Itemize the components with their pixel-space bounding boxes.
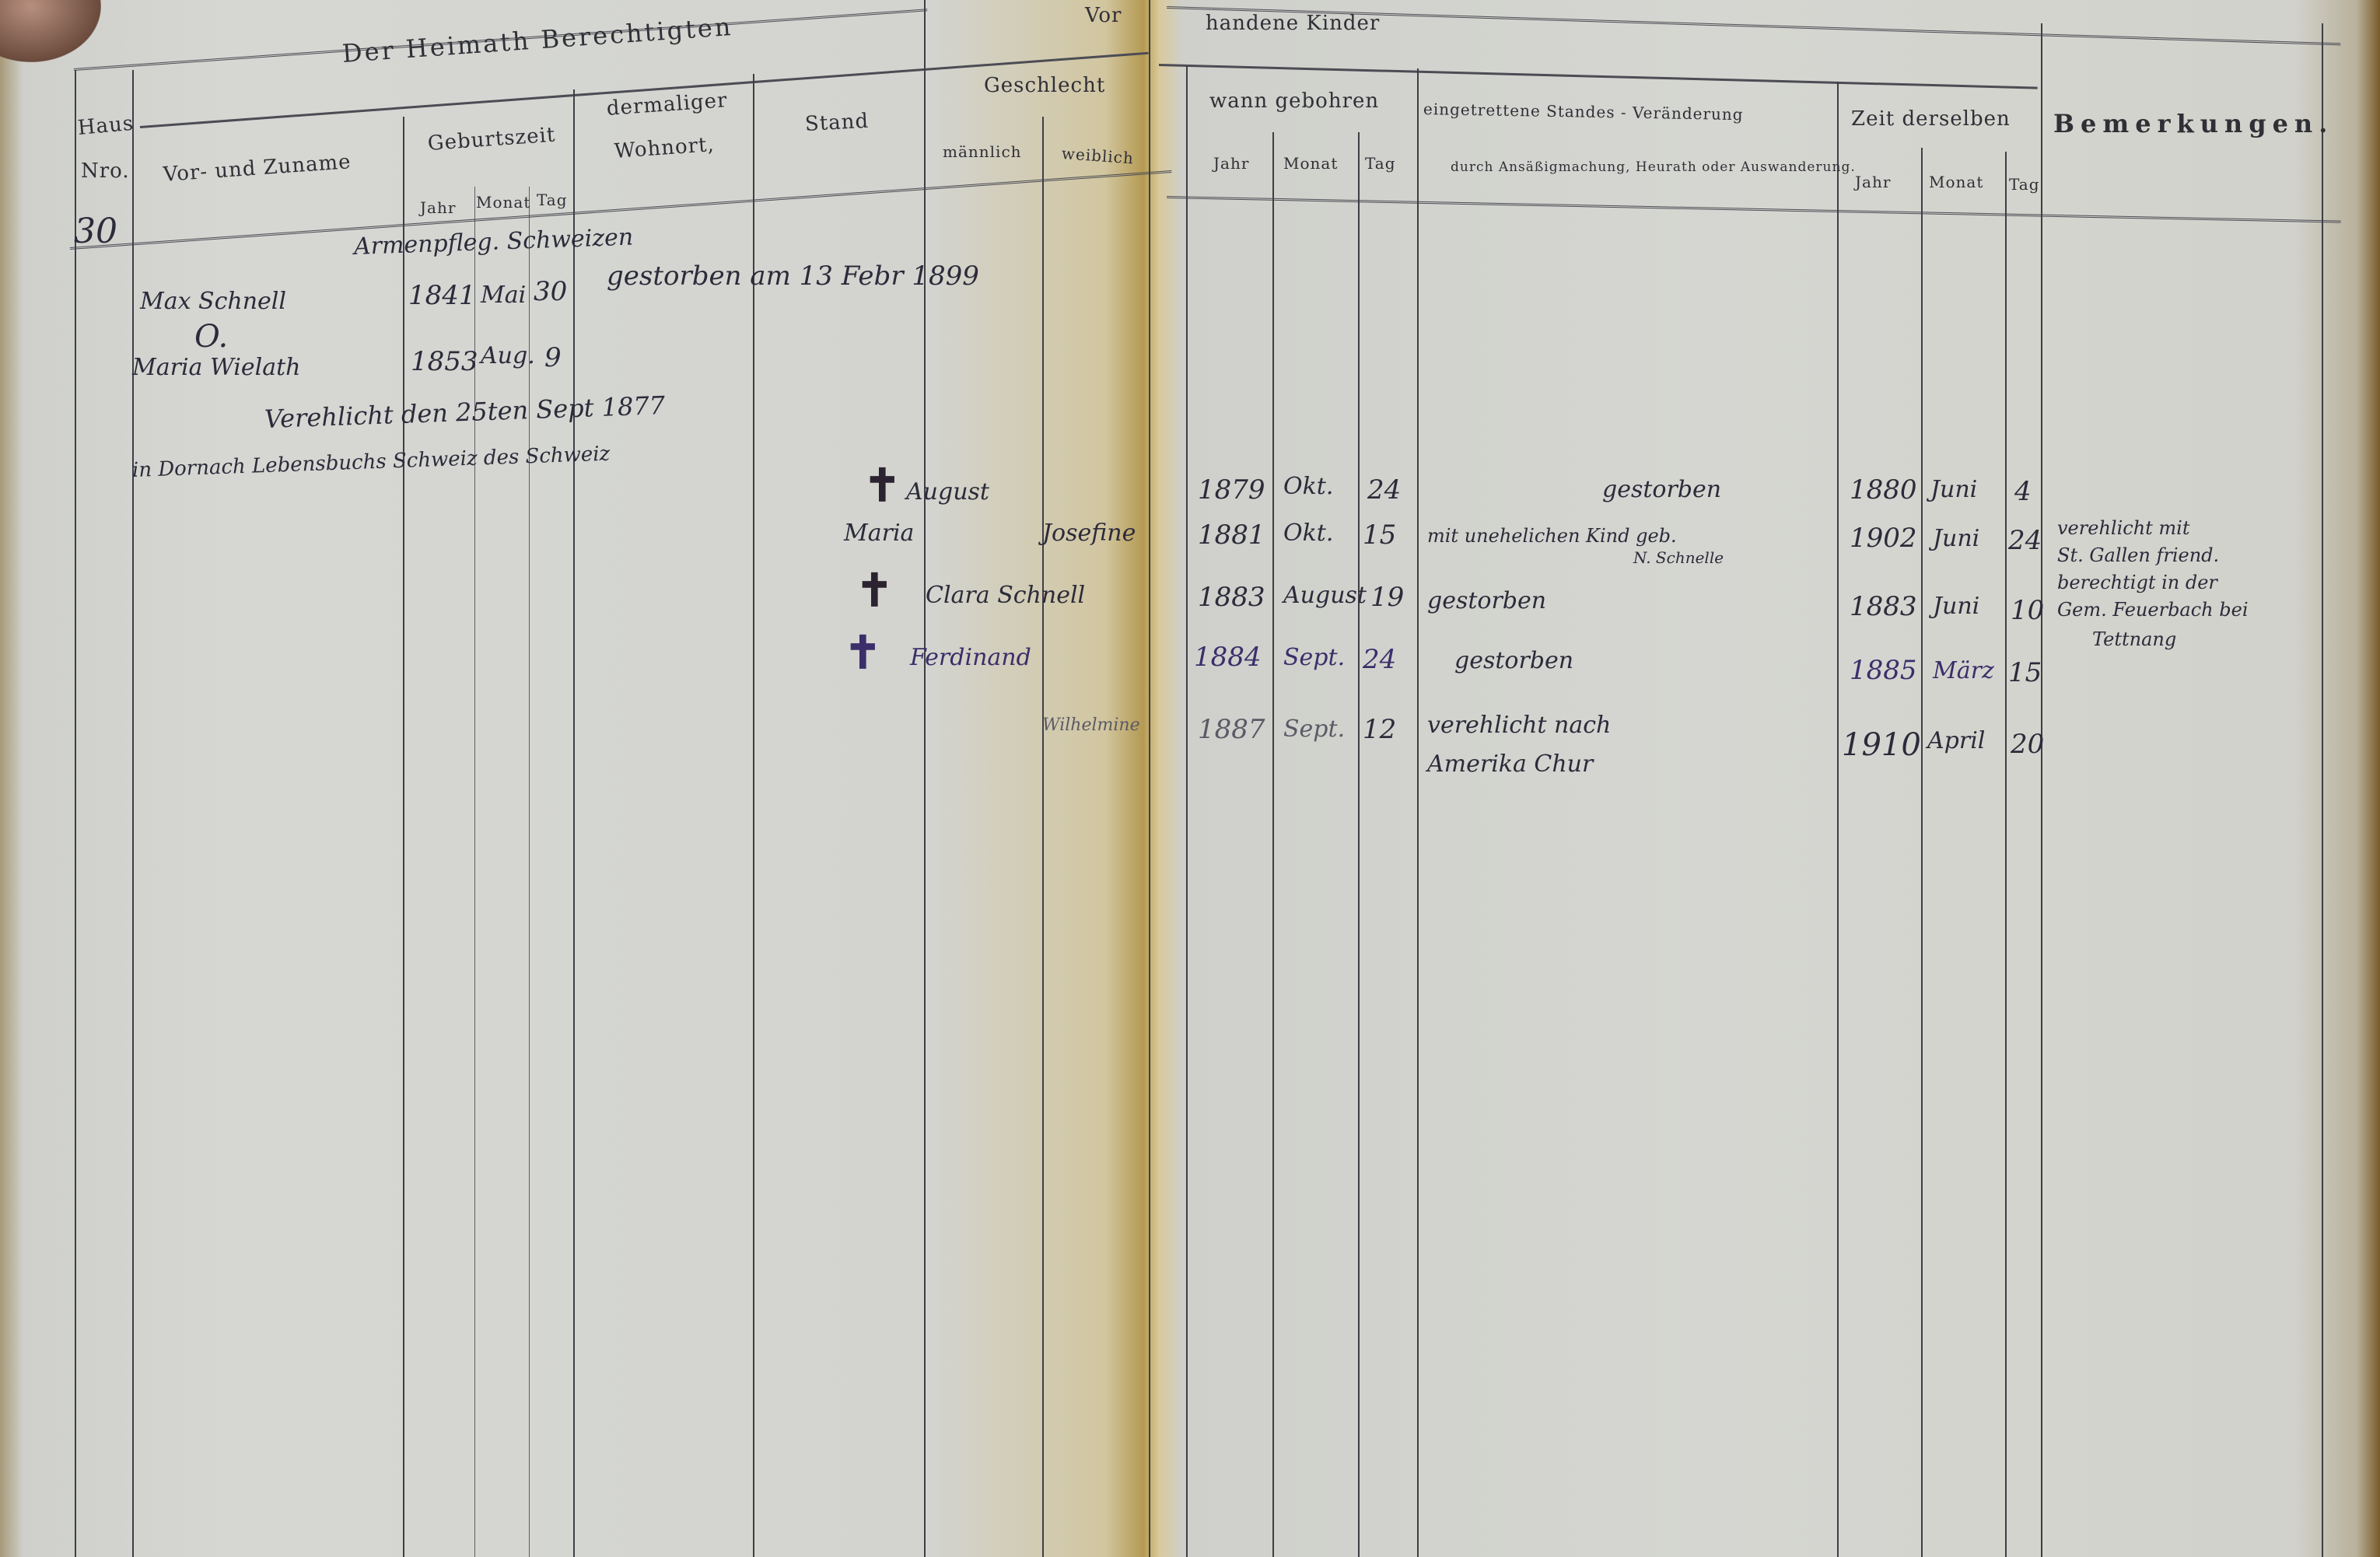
change-month: Juni	[1933, 593, 1979, 620]
child-birth-month: Okt.	[1283, 520, 1333, 547]
deceased-cross-icon: ✝	[863, 463, 901, 508]
col-zeit-monat: Monat	[1929, 173, 1983, 191]
col-gebohren-jahr: Jahr	[1213, 154, 1249, 173]
change-year: 1880	[1850, 474, 1917, 506]
col-rule	[573, 89, 575, 1557]
child-status-change: gestorben	[1427, 587, 1546, 614]
col-rule	[1837, 82, 1839, 1557]
mother-birth-day: 9	[544, 342, 562, 373]
col-rule	[474, 187, 475, 1557]
child-name: Clara Schnell	[926, 582, 1085, 609]
col-standes-sublabel: durch Ansäßigmachung, Heurath oder Auswa…	[1451, 159, 1856, 175]
change-month: Juni	[1930, 476, 1977, 503]
child-status-change-line-2: Amerika Chur	[1427, 751, 1593, 778]
subheader-rule-right	[1159, 64, 2038, 89]
child-birth-day: 24	[1363, 644, 1396, 675]
child-name: Maria	[844, 520, 914, 547]
child-birth-year: 1884	[1194, 642, 1262, 673]
change-day: 10	[2011, 595, 2044, 626]
col-standes-label: eingetrettene Standes - Veränderung	[1423, 100, 1744, 124]
child-status-change: gestorben	[1602, 476, 1721, 503]
child-birth-month: Okt.	[1283, 473, 1333, 500]
col-geburtszeit-tag: Tag	[537, 191, 568, 209]
remark-line-2: St. Gallen friend.	[2057, 544, 2219, 566]
mother-birth-year: 1853	[411, 346, 478, 377]
col-rule	[1921, 148, 1923, 1557]
col-rule	[132, 70, 134, 1557]
col-rule	[529, 187, 530, 1557]
house-number: 30	[74, 212, 117, 251]
father-birth-month: Mai	[481, 282, 526, 309]
change-month: Juni	[1933, 525, 1979, 552]
spanning-title-end: handene Kinder	[1206, 12, 1380, 35]
child-name: Ferdinand	[910, 644, 1031, 671]
col-rule	[75, 70, 76, 1557]
col-rule	[2041, 23, 2042, 1557]
col-rule	[2005, 152, 2007, 1557]
col-haus-label-2: Nro.	[81, 159, 130, 183]
mother-mark: O.	[194, 319, 228, 355]
col-geschlecht-maennlich: männlich	[943, 142, 1022, 161]
change-month: April	[1927, 727, 1985, 754]
change-year: 1910	[1842, 727, 1921, 763]
deceased-cross-icon: ✝	[844, 630, 882, 675]
col-rule	[1358, 132, 1360, 1557]
child-status-change: mit unehelichen Kind geb.	[1427, 525, 1677, 547]
child-birth-day: 15	[1363, 520, 1396, 551]
change-year: 1902	[1850, 523, 1917, 554]
child-birth-year: 1881	[1198, 520, 1265, 551]
child-name-female: Josefine	[1042, 520, 1136, 547]
parent-name-mother: Maria Wielath	[132, 354, 300, 381]
deceased-cross-icon: ✝	[856, 568, 894, 613]
change-day: 4	[2014, 476, 2032, 507]
col-wohnort-label-1: dermaliger	[606, 89, 728, 121]
father-birth-year: 1841	[408, 280, 476, 311]
child-name: August	[906, 478, 989, 506]
change-day: 20	[2011, 729, 2044, 760]
col-rule	[1272, 132, 1274, 1557]
col-gebohren-monat: Monat	[1283, 154, 1338, 173]
remark-line-3: berechtigt in der	[2057, 572, 2217, 593]
child-birth-month: Sept.	[1283, 716, 1345, 743]
child-birth-month: August	[1283, 582, 1367, 609]
col-haus-label-1: Haus	[77, 112, 135, 140]
col-geburtszeit-label: Geburtszeit	[427, 124, 556, 156]
father-birth-day: 30	[534, 276, 567, 307]
change-month: März	[1933, 657, 1994, 684]
col-geschlecht-weiblich: weiblich	[1061, 144, 1134, 167]
child-birth-day: 19	[1370, 582, 1404, 613]
remark-line-5: Tettnang	[2092, 628, 2176, 650]
child-status-change: gestorben	[1454, 647, 1573, 674]
child-name-female: Wilhelmine	[1042, 716, 1140, 735]
remark-line-1: verehlicht mit	[2057, 517, 2190, 539]
col-rule	[1042, 117, 1044, 1557]
col-zeit-tag: Tag	[2009, 175, 2040, 194]
child-birth-year: 1883	[1198, 582, 1265, 613]
spanning-title-start: Vor	[1085, 4, 1122, 27]
change-year: 1883	[1850, 591, 1917, 622]
col-name-label: Vor- und Zuname	[163, 150, 352, 187]
header-bottom-rule-right	[1167, 196, 2341, 226]
child-status-change: verehlicht nach	[1427, 712, 1611, 739]
open-register-book: Der Heimath Berechtigten Haus Nro. Vor- …	[0, 0, 2380, 1557]
col-rule	[1417, 68, 1419, 1557]
col-rule	[403, 117, 404, 1557]
col-geburtszeit-monat: Monat	[476, 193, 530, 212]
left-page-title: Der Heimath Berechtigten	[341, 12, 734, 68]
col-wohnort-label-2: Wohnort,	[614, 133, 716, 163]
child-birth-year: 1887	[1198, 714, 1265, 745]
col-wann-gebohren-label: wann gebohren	[1209, 89, 1379, 113]
col-rule	[924, 0, 926, 1557]
change-day: 24	[2008, 525, 2042, 556]
child-birth-day: 12	[1363, 714, 1396, 745]
change-day: 15	[2008, 657, 2042, 688]
marriage-note-line-1: Verehlicht den 25ten Sept 1877	[264, 390, 665, 434]
child-birth-month: Sept.	[1283, 644, 1345, 671]
mother-birth-month: Aug.	[481, 342, 535, 369]
col-stand-label: Stand	[804, 110, 870, 136]
marriage-note-line-2: in Dornach Lebensbuchs Schweiz des Schwe…	[131, 443, 610, 482]
col-geschlecht-label: Geschlecht	[984, 74, 1105, 97]
col-rule	[2322, 23, 2323, 1557]
col-zeit-jahr: Jahr	[1855, 173, 1891, 191]
col-rule	[1186, 66, 1188, 1557]
col-rule	[753, 74, 754, 1557]
child-status-change-line-2: N. Schnelle	[1633, 548, 1724, 567]
col-rule	[1149, 0, 1150, 1557]
col-bemerkungen-label: Bemerkungen.	[2053, 109, 2333, 138]
parent-name-father: Max Schnell	[140, 288, 286, 315]
remark-line-4: Gem. Feuerbach bei	[2057, 599, 2249, 621]
child-birth-year: 1879	[1198, 474, 1265, 506]
thumb	[0, 0, 101, 62]
father-death-note: gestorben am 13 Febr 1899	[607, 261, 979, 292]
col-zeit-derselben-label: Zeit derselben	[1851, 107, 2011, 131]
change-year: 1885	[1850, 655, 1917, 686]
col-gebohren-tag: Tag	[1365, 154, 1396, 173]
child-birth-day: 24	[1367, 474, 1401, 506]
col-geburtszeit-jahr: Jahr	[420, 198, 456, 217]
